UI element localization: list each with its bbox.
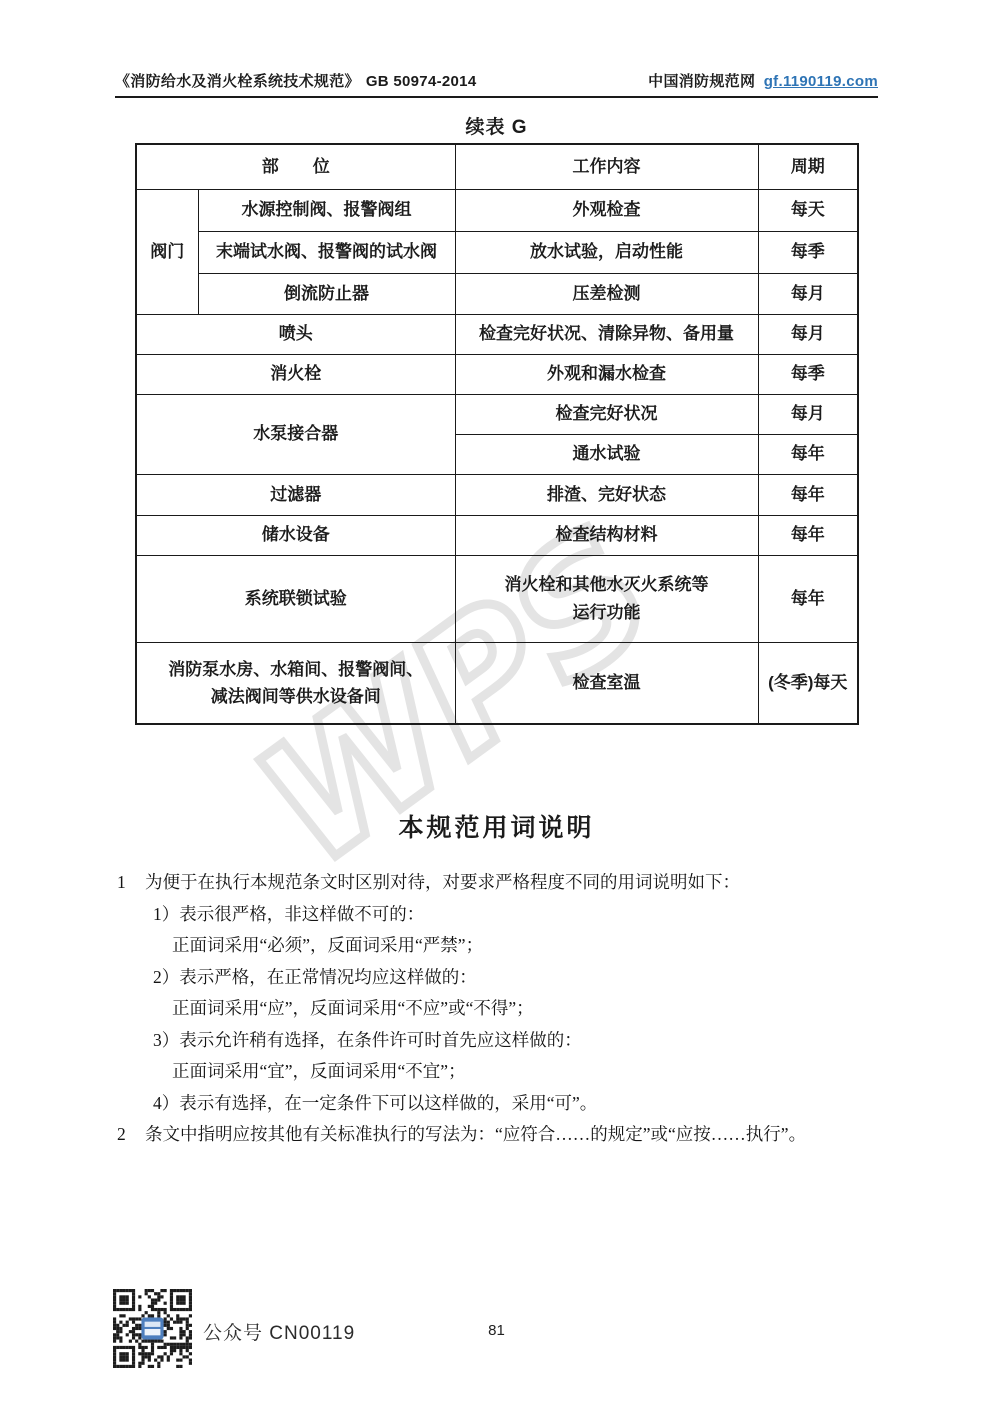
wording-explanation: 1为便于在执行本规范条文时区别对待，对要求严格程度不同的用词说明如下： 1）表示… [115,867,890,1151]
clause-text: 正面词采用“应”，反面词采用“不应”或“不得”； [172,998,534,1018]
table-row: 消防泵水房、水箱间、报警阀间、 减法阀间等供水设备间 检查室温 (冬季)每天 [136,642,858,724]
clause-line: 正面词采用“应”，反面词采用“不应”或“不得”； [115,993,890,1025]
clause-line: 1）表示很严格，非这样做不可的： [115,899,890,931]
cell-cycle: 每季 [758,231,858,273]
cell-part: 消防泵水房、水箱间、报警阀间、 减法阀间等供水设备间 [136,642,455,724]
doc-code: GB 50974-2014 [366,73,477,90]
cell-work: 检查结构材料 [455,515,758,555]
table-row: 末端试水阀、报警阀的试水阀 放水试验，启动性能 每季 [136,231,858,273]
clause-text: 3）表示允许稍有选择，在条件许可时首先应这样做的： [153,1030,582,1050]
header-site: 中国消防规范网 gf.1190119.com [648,70,878,91]
cell-part: 喷头 [136,314,455,354]
clause-text: 条文中指明应按其他有关标准执行的写法为：“应符合……的规定”或“应按……执行”。 [145,1124,806,1144]
cell-part: 储水设备 [136,515,455,555]
col-header-part: 部 位 [136,144,455,189]
table-row: 过滤器 排渣、完好状态 每年 [136,474,858,515]
cell-part: 消火栓 [136,354,455,394]
cell-work: 通水试验 [455,434,758,474]
clause-line: 3）表示允许稍有选择，在条件许可时首先应这样做的： [115,1025,890,1057]
site-name: 中国消防规范网 [648,73,755,90]
cell-work: 外观检查 [455,189,758,231]
cell-work: 放水试验，启动性能 [455,231,758,273]
cell-part: 水泵接合器 [136,394,455,474]
table-row: 阀门 水源控制阀、报警阀组 外观检查 每天 [136,189,858,231]
cell-part: 倒流防止器 [198,273,455,314]
cell-work: 检查室温 [455,642,758,724]
table-row: 消火栓 外观和漏水检查 每季 [136,354,858,394]
cell-part: 水源控制阀、报警阀组 [198,189,455,231]
clause-line: 2条文中指明应按其他有关标准执行的写法为：“应符合……的规定”或“应按……执行”… [115,1119,890,1151]
clause-text: 正面词采用“必须”，反面词采用“严禁”； [172,935,483,955]
section-title: 本规范用词说明 [0,808,993,844]
cell-cycle: (冬季)每天 [758,642,858,724]
cell-work: 压差检测 [455,273,758,314]
cell-work: 检查完好状况 [455,394,758,434]
site-link[interactable]: gf.1190119.com [764,73,878,90]
table-row: 储水设备 检查结构材料 每年 [136,515,858,555]
doc-title: 《消防给水及消火栓系统技术规范》GB 50974-2014 [115,70,476,91]
cell-cycle: 每年 [758,434,858,474]
col-header-work: 工作内容 [455,144,758,189]
clause-line: 4）表示有选择，在一定条件下可以这样做的，采用“可”。 [115,1088,890,1120]
clause-number: 1 [117,867,126,899]
cell-group-valve: 阀门 [136,189,198,314]
clause-text: 正面词采用“宜”，反面词采用“不宜”； [172,1061,466,1081]
cell-cycle: 每年 [758,555,858,642]
cell-cycle: 每季 [758,354,858,394]
document-page: WPS 《消防给水及消火栓系统技术规范》GB 50974-2014 中国消防规范… [0,0,993,1403]
table-row: 水泵接合器 检查完好状况 每月 [136,394,858,434]
cell-cycle: 每年 [758,515,858,555]
cell-work: 消火栓和其他水灭火系统等 运行功能 [455,555,758,642]
cell-part: 系统联锁试验 [136,555,455,642]
clause-line: 2）表示严格，在正常情况均应这样做的： [115,962,890,994]
cell-part: 末端试水阀、报警阀的试水阀 [198,231,455,273]
clause-text: 为便于在执行本规范条文时区别对待，对要求严格程度不同的用词说明如下： [145,872,740,892]
clause-text: 1）表示很严格，非这样做不可的： [153,904,424,924]
clause-line: 1为便于在执行本规范条文时区别对待，对要求严格程度不同的用词说明如下： [115,867,890,899]
cell-work: 检查完好状况、清除异物、备用量 [455,314,758,354]
table-header-row: 部 位 工作内容 周期 [136,144,858,189]
cell-work: 排渣、完好状态 [455,474,758,515]
cell-cycle: 每月 [758,273,858,314]
table-row: 喷头 检查完好状况、清除异物、备用量 每月 [136,314,858,354]
clause-line: 正面词采用“必须”，反面词采用“严禁”； [115,930,890,962]
page-number: 81 [0,1322,993,1339]
doc-title-text: 《消防给水及消火栓系统技术规范》 [115,73,360,90]
cell-work: 外观和漏水检查 [455,354,758,394]
clause-text: 2）表示严格，在正常情况均应这样做的： [153,967,477,987]
cell-part: 过滤器 [136,474,455,515]
clause-number: 2 [117,1119,126,1151]
col-header-cycle: 周期 [758,144,858,189]
table-title: 续表 G [0,112,993,139]
cell-cycle: 每年 [758,474,858,515]
table-row: 系统联锁试验 消火栓和其他水灭火系统等 运行功能 每年 [136,555,858,642]
cell-cycle: 每天 [758,189,858,231]
clause-line: 正面词采用“宜”，反面词采用“不宜”； [115,1056,890,1088]
clause-text: 4）表示有选择，在一定条件下可以这样做的，采用“可”。 [153,1093,597,1113]
cell-cycle: 每月 [758,394,858,434]
table-row: 倒流防止器 压差检测 每月 [136,273,858,314]
maintenance-table: 部 位 工作内容 周期 阀门 水源控制阀、报警阀组 外观检查 每天 末端试水阀、… [135,143,859,725]
page-header: 《消防给水及消火栓系统技术规范》GB 50974-2014 中国消防规范网 gf… [115,70,878,98]
cell-cycle: 每月 [758,314,858,354]
